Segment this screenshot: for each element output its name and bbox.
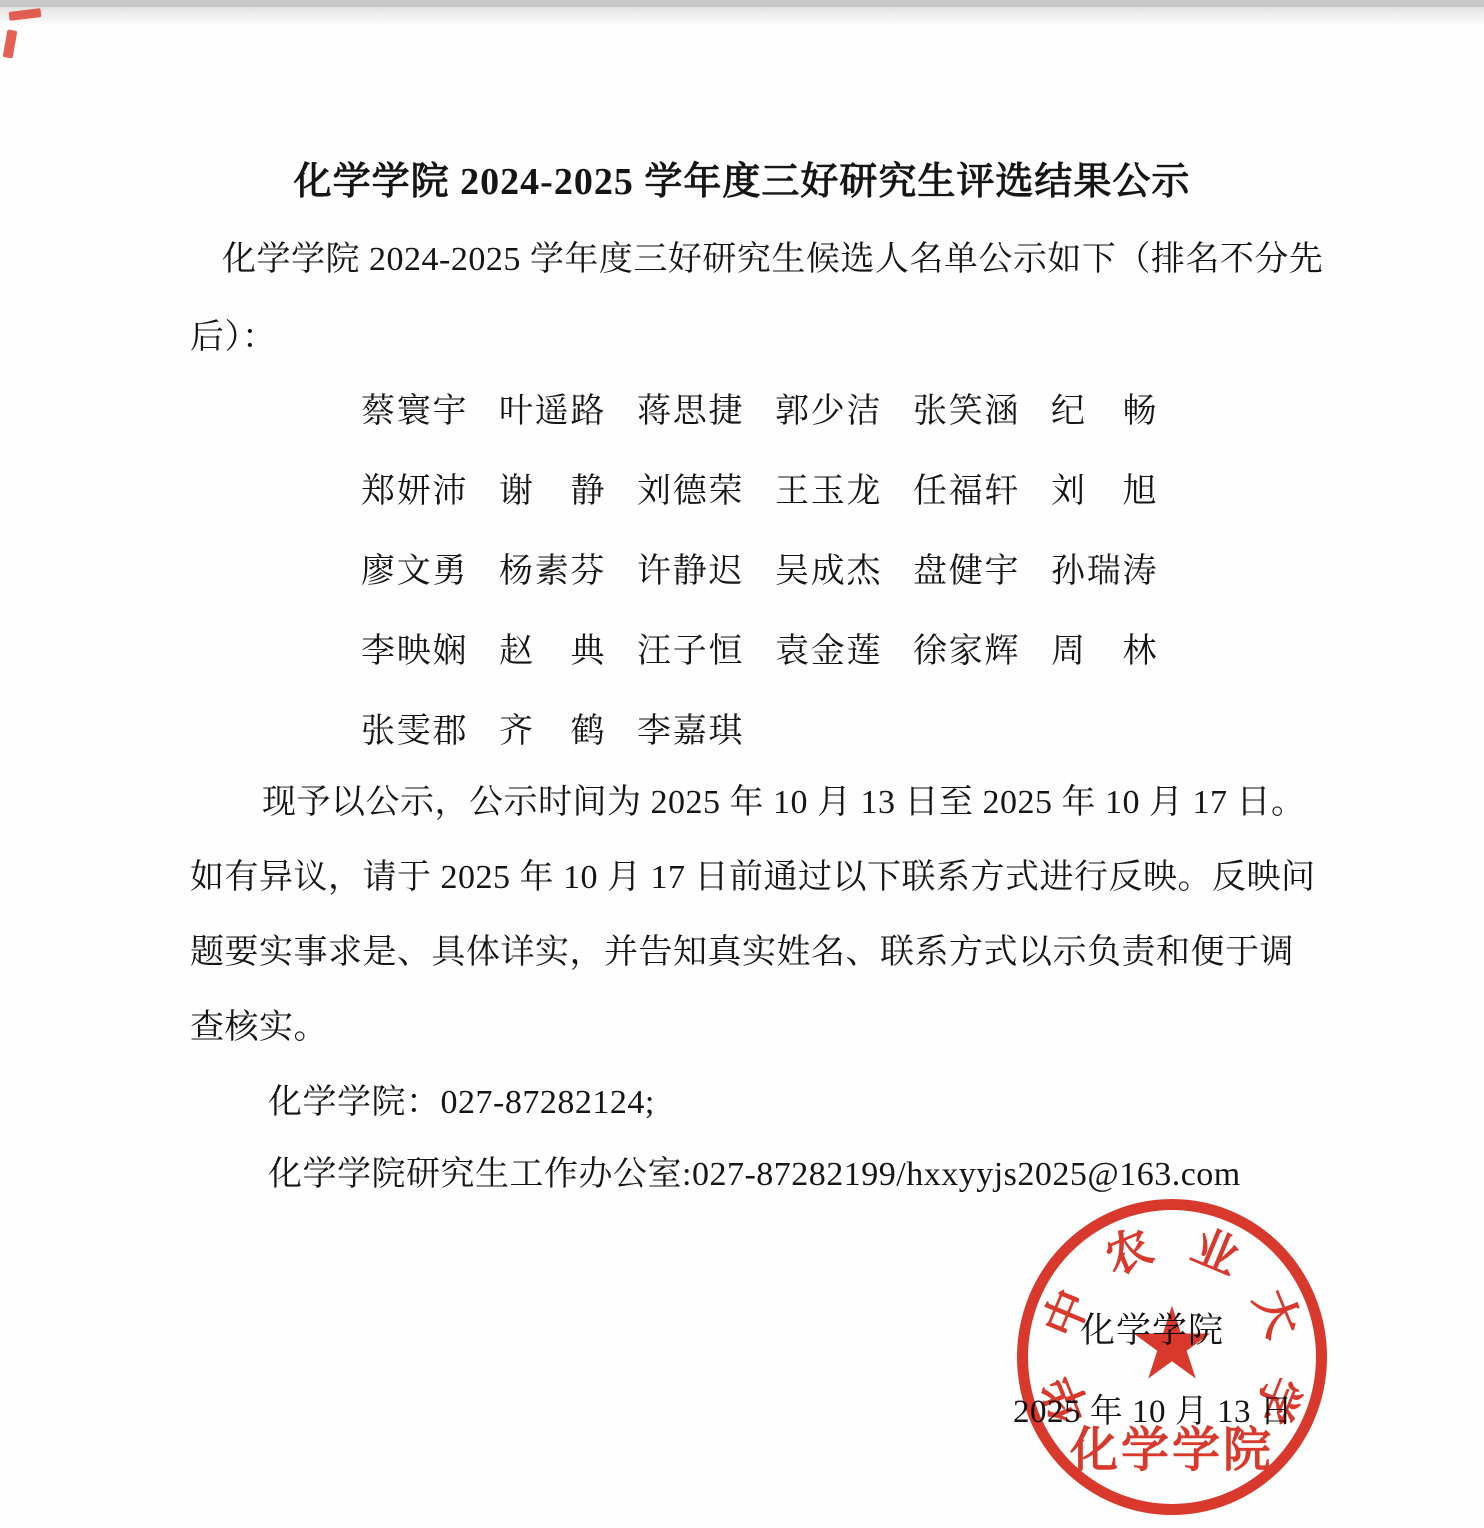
official-seal: ★ 华中农业大学 化学学院 — [1017, 1199, 1327, 1515]
candidate-name: 许静迟 — [637, 543, 743, 592]
notice-line-3: 题要实事求是、具体详实，并告知真实姓名、联系方式以示负责和便于调 — [190, 933, 1294, 972]
candidate-name: 张笑涵 — [913, 383, 1019, 432]
candidate-name: 徐家辉 — [913, 623, 1019, 672]
star-icon: ★ — [1127, 1294, 1217, 1394]
candidate-name: 李映娴 — [361, 623, 467, 672]
intro-line-1: 化学学院 2024-2025 学年度三好研究生候选人名单公示如下（排名不分先 — [222, 240, 1323, 279]
candidate-name-row: 张雯郡齐 鹤李嘉琪 — [361, 703, 1189, 783]
seal-bottom-text: 化学学院 — [1070, 1411, 1274, 1480]
candidate-name-row: 李映娴赵 典汪子恒袁金莲徐家辉周 林 — [361, 623, 1189, 703]
candidate-name: 赵 典 — [499, 623, 605, 672]
candidate-name: 齐 鹤 — [499, 703, 605, 752]
candidate-name: 蔡寰宇 — [361, 383, 467, 432]
candidate-name: 周 林 — [1051, 623, 1157, 672]
contact-phone-line: 化学学院：027-87282124; — [268, 1083, 655, 1122]
candidate-name: 盘健宇 — [913, 543, 1019, 592]
candidate-name: 汪子恒 — [637, 623, 743, 672]
notice-line-4: 查核实。 — [190, 1008, 328, 1047]
candidate-name: 蒋思捷 — [637, 383, 743, 432]
red-corner-mark — [3, 29, 18, 58]
candidate-name: 郭少洁 — [775, 383, 881, 432]
page-title: 化学学院 2024-2025 学年度三好研究生评选结果公示 — [0, 150, 1484, 205]
candidate-name: 王玉龙 — [775, 463, 881, 512]
candidate-name-list: 蔡寰宇叶遥路蒋思捷郭少洁张笑涵纪 畅郑妍沛谢 静刘德荣王玉龙任福轩刘 旭廖文勇杨… — [361, 383, 1189, 783]
notice-line-2: 如有异议，请于 2025 年 10 月 17 日前通过以下联系方式进行反映。反映… — [190, 858, 1316, 897]
candidate-name: 任福轩 — [913, 463, 1019, 512]
candidate-name: 李嘉琪 — [637, 703, 743, 752]
candidate-name: 杨素芬 — [499, 543, 605, 592]
candidate-name: 廖文勇 — [361, 543, 467, 592]
candidate-name-row: 郑妍沛谢 静刘德荣王玉龙任福轩刘 旭 — [361, 463, 1189, 543]
notice-line-1: 现予以公示，公示时间为 2025 年 10 月 13 日至 2025 年 10 … — [262, 783, 1306, 822]
intro-line-2: 后）： — [190, 318, 277, 357]
candidate-name: 张雯郡 — [361, 703, 467, 752]
candidate-name: 吴成杰 — [775, 543, 881, 592]
document-page: 化学学院 2024-2025 学年度三好研究生评选结果公示 化学学院 2024-… — [0, 0, 1484, 1528]
candidate-name: 叶遥路 — [499, 383, 605, 432]
top-shadow — [0, 7, 1484, 27]
candidate-name: 纪 畅 — [1051, 383, 1157, 432]
candidate-name: 刘德荣 — [637, 463, 743, 512]
candidate-name-row: 廖文勇杨素芬许静迟吴成杰盘健宇孙瑞涛 — [361, 543, 1189, 623]
candidate-name: 袁金莲 — [775, 623, 881, 672]
candidate-name: 刘 旭 — [1051, 463, 1157, 512]
candidate-name: 谢 静 — [499, 463, 605, 512]
candidate-name-row: 蔡寰宇叶遥路蒋思捷郭少洁张笑涵纪 畅 — [361, 383, 1189, 463]
window-top-bar — [0, 0, 1484, 7]
contact-office-line: 化学学院研究生工作办公室:027-87282199/hxxyyjs2025@16… — [268, 1155, 1241, 1194]
candidate-name: 孙瑞涛 — [1051, 543, 1157, 592]
candidate-name: 郑妍沛 — [361, 463, 467, 512]
